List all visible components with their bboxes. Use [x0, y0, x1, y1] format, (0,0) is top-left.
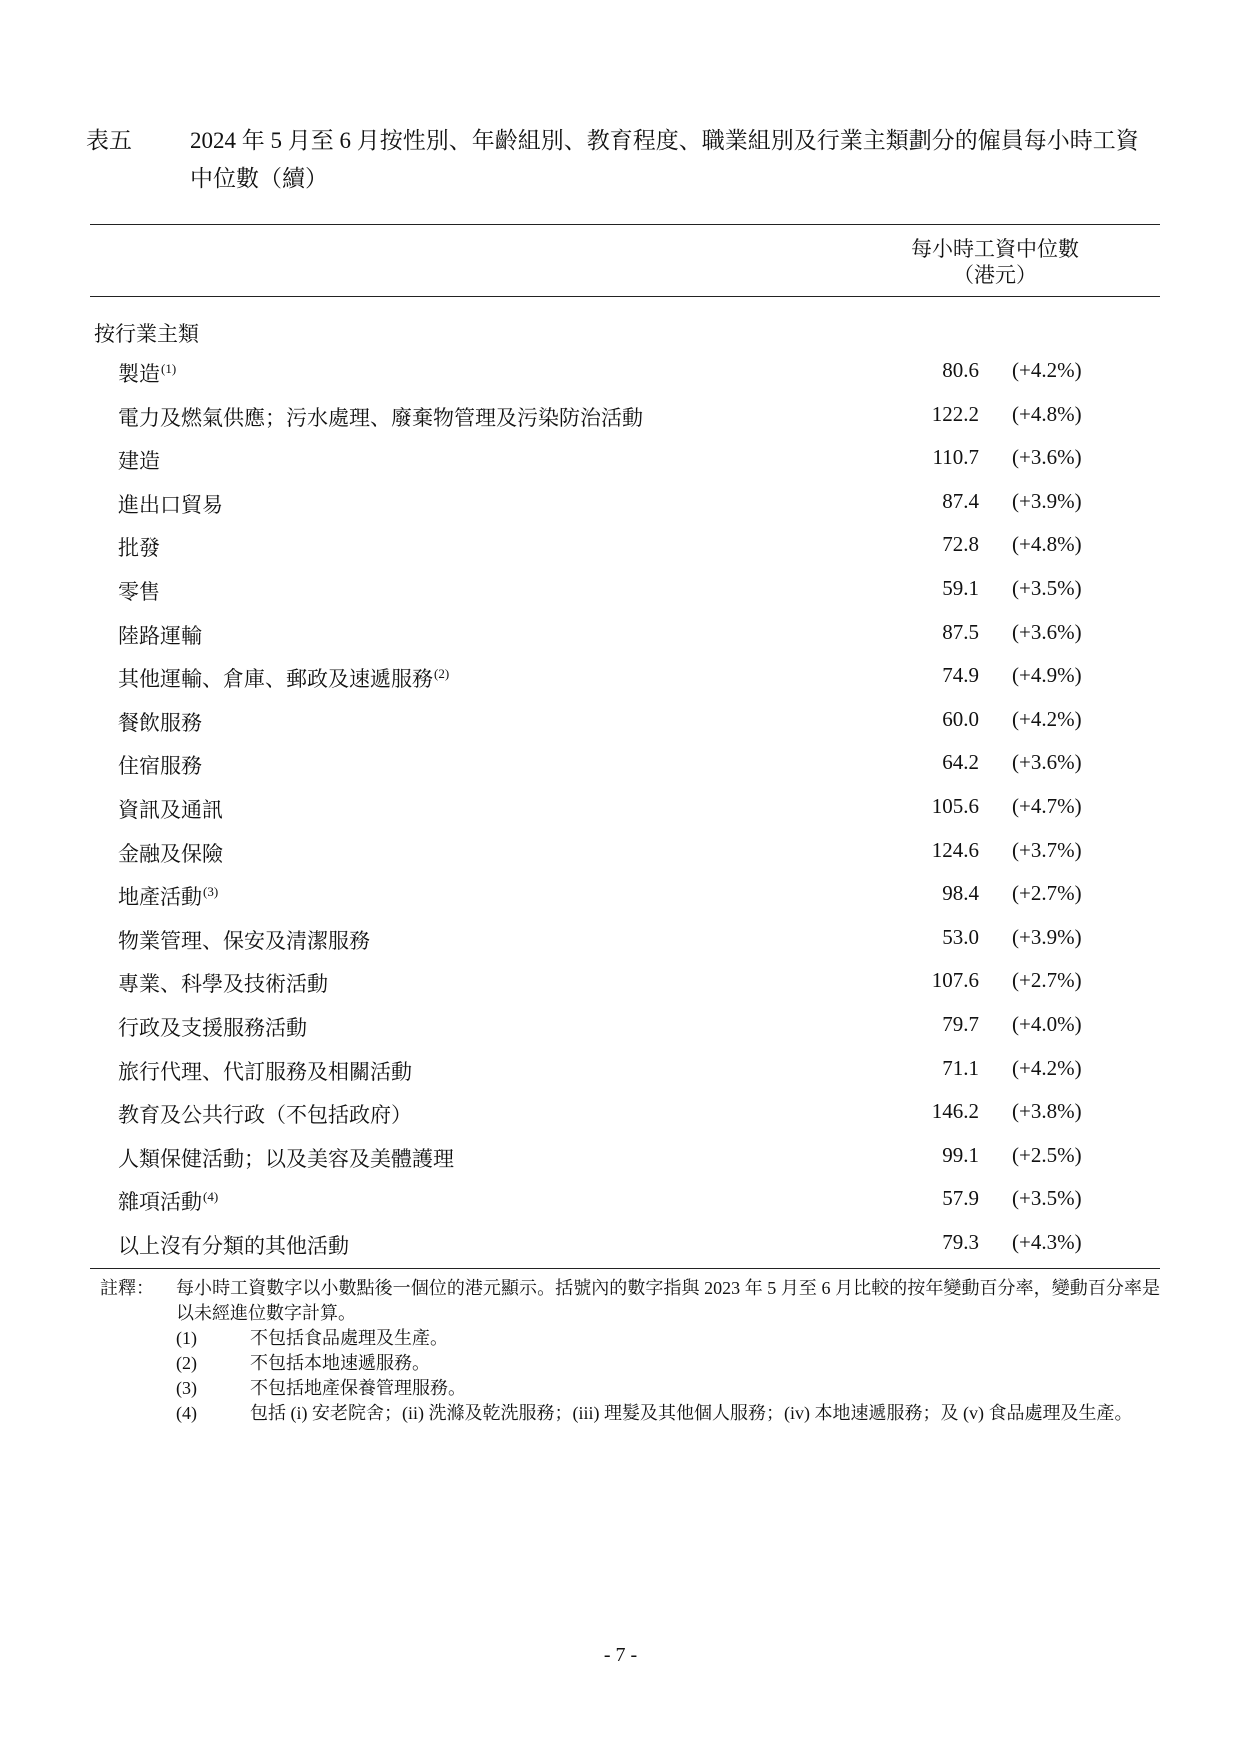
industry-label: 金融及保險: [118, 838, 223, 868]
column-header: 每小時工資中位數 （港元）: [880, 236, 1110, 288]
table-row: 行政及支援服務活動79.7(+4.0%): [0, 1012, 1241, 1042]
median-wage-value: 57.9: [942, 1186, 979, 1211]
footnote-marker: (1): [161, 361, 176, 376]
footnote-marker: (3): [203, 884, 218, 899]
industry-label: 陸路運輸: [118, 620, 202, 650]
table-row: 資訊及通訊105.6(+4.7%): [0, 794, 1241, 824]
yoy-change: (+3.7%): [1012, 838, 1082, 863]
median-wage-value: 72.8: [942, 532, 979, 557]
industry-name: 進出口貿易: [118, 493, 223, 517]
yoy-change: (+3.5%): [1012, 576, 1082, 601]
table-row: 進出口貿易87.4(+3.9%): [0, 489, 1241, 519]
median-wage-value: 107.6: [932, 968, 979, 993]
industry-name: 教育及公共行政（不包括政府）: [118, 1103, 412, 1127]
industry-label: 製造(1): [118, 358, 176, 388]
yoy-change: (+3.6%): [1012, 620, 1082, 645]
table-row: 雜項活動(4)57.9(+3.5%): [0, 1186, 1241, 1216]
notes-heading: 註釋：: [100, 1276, 154, 1301]
table-row: 人類保健活動；以及美容及美體護理99.1(+2.5%): [0, 1143, 1241, 1173]
table-row: 以上沒有分類的其他活動79.3(+4.3%): [0, 1230, 1241, 1260]
industry-label: 餐飲服務: [118, 707, 202, 737]
table-title-text: 2024 年 5 月至 6 月按性別、年齡組別、教育程度、職業組別及行業主類劃分…: [190, 122, 1160, 198]
median-wage-value: 53.0: [942, 925, 979, 950]
column-header-line1: 每小時工資中位數: [880, 236, 1110, 262]
yoy-change: (+3.8%): [1012, 1099, 1082, 1124]
table-row: 電力及燃氣供應；污水處理、廢棄物管理及污染防治活動122.2(+4.8%): [0, 402, 1241, 432]
industry-name: 建造: [118, 449, 160, 473]
industry-label: 旅行代理、代訂服務及相關活動: [118, 1056, 412, 1086]
table-row: 餐飲服務60.0(+4.2%): [0, 707, 1241, 737]
table-row: 地產活動(3)98.4(+2.7%): [0, 881, 1241, 911]
median-wage-value: 79.7: [942, 1012, 979, 1037]
yoy-change: (+4.8%): [1012, 532, 1082, 557]
industry-name: 雜項活動: [118, 1190, 202, 1214]
median-wage-value: 87.5: [942, 620, 979, 645]
table-row: 零售59.1(+3.5%): [0, 576, 1241, 606]
note-number: (4): [176, 1401, 197, 1426]
industry-name: 其他運輸、倉庫、郵政及速遞服務: [118, 667, 433, 691]
industry-name: 地產活動: [118, 885, 202, 909]
yoy-change: (+4.0%): [1012, 1012, 1082, 1037]
footnote-marker: (2): [434, 666, 449, 681]
footnote-marker: (4): [203, 1189, 218, 1204]
industry-name: 住宿服務: [118, 754, 202, 778]
yoy-change: (+4.9%): [1012, 663, 1082, 688]
industry-label: 地產活動(3): [118, 881, 218, 911]
table-row: 製造(1)80.6(+4.2%): [0, 358, 1241, 388]
industry-label: 進出口貿易: [118, 489, 223, 519]
note-number: (1): [176, 1326, 197, 1351]
industry-label: 零售: [118, 576, 160, 606]
yoy-change: (+2.7%): [1012, 881, 1082, 906]
median-wage-value: 87.4: [942, 489, 979, 514]
median-wage-value: 105.6: [932, 794, 979, 819]
yoy-change: (+3.9%): [1012, 925, 1082, 950]
industry-name: 零售: [118, 580, 160, 604]
industry-name: 物業管理、保安及清潔服務: [118, 929, 370, 953]
industry-name: 專業、科學及技術活動: [118, 972, 328, 996]
median-wage-value: 71.1: [942, 1056, 979, 1081]
table-number: 表五: [86, 122, 132, 160]
yoy-change: (+4.7%): [1012, 794, 1082, 819]
yoy-change: (+2.5%): [1012, 1143, 1082, 1168]
median-wage-value: 110.7: [933, 445, 979, 470]
yoy-change: (+4.2%): [1012, 1056, 1082, 1081]
median-wage-value: 64.2: [942, 750, 979, 775]
industry-label: 雜項活動(4): [118, 1186, 218, 1216]
industry-name: 旅行代理、代訂服務及相關活動: [118, 1060, 412, 1084]
industry-label: 物業管理、保安及清潔服務: [118, 925, 370, 955]
table-row: 住宿服務64.2(+3.6%): [0, 750, 1241, 780]
industry-label: 教育及公共行政（不包括政府）: [118, 1099, 412, 1129]
industry-name: 金融及保險: [118, 842, 223, 866]
table-row: 建造110.7(+3.6%): [0, 445, 1241, 475]
industry-name: 人類保健活動；以及美容及美體護理: [118, 1147, 454, 1171]
table-row: 專業、科學及技術活動107.6(+2.7%): [0, 968, 1241, 998]
table-row: 物業管理、保安及清潔服務53.0(+3.9%): [0, 925, 1241, 955]
table-row: 其他運輸、倉庫、郵政及速遞服務(2)74.9(+4.9%): [0, 663, 1241, 693]
column-header-line2: （港元）: [880, 262, 1110, 288]
note-text: 不包括本地速遞服務。: [250, 1351, 1160, 1376]
bottom-rule: [90, 1268, 1160, 1269]
yoy-change: (+4.2%): [1012, 358, 1082, 383]
median-wage-value: 122.2: [932, 402, 979, 427]
top-rule: [90, 224, 1160, 225]
industry-name: 行政及支援服務活動: [118, 1016, 307, 1040]
median-wage-value: 99.1: [942, 1143, 979, 1168]
industry-name: 餐飲服務: [118, 711, 202, 735]
industry-name: 電力及燃氣供應；污水處理、廢棄物管理及污染防治活動: [118, 406, 643, 430]
industry-name: 陸路運輸: [118, 624, 202, 648]
median-wage-value: 146.2: [932, 1099, 979, 1124]
notes-main-text: 每小時工資數字以小數點後一個位的港元顯示。括號內的數字指與 2023 年 5 月…: [176, 1276, 1160, 1326]
industry-label: 行政及支援服務活動: [118, 1012, 307, 1042]
industry-name: 製造: [118, 362, 160, 386]
industry-label: 專業、科學及技術活動: [118, 968, 328, 998]
yoy-change: (+4.3%): [1012, 1230, 1082, 1255]
yoy-change: (+3.6%): [1012, 445, 1082, 470]
table-row: 旅行代理、代訂服務及相關活動71.1(+4.2%): [0, 1056, 1241, 1086]
industry-label: 人類保健活動；以及美容及美體護理: [118, 1143, 454, 1173]
yoy-change: (+2.7%): [1012, 968, 1082, 993]
note-number: (3): [176, 1376, 197, 1401]
industry-name: 資訊及通訊: [118, 798, 223, 822]
page-number: - 7 -: [0, 1644, 1241, 1667]
note-number: (2): [176, 1351, 197, 1376]
median-wage-value: 60.0: [942, 707, 979, 732]
header-rule: [90, 296, 1160, 297]
note-text: 不包括地產保養管理服務。: [250, 1376, 1160, 1401]
table-row: 金融及保險124.6(+3.7%): [0, 838, 1241, 868]
industry-label: 住宿服務: [118, 750, 202, 780]
industry-label: 建造: [118, 445, 160, 475]
industry-label: 電力及燃氣供應；污水處理、廢棄物管理及污染防治活動: [118, 402, 643, 432]
yoy-change: (+4.2%): [1012, 707, 1082, 732]
table-row: 陸路運輸87.5(+3.6%): [0, 620, 1241, 650]
industry-name: 以上沒有分類的其他活動: [118, 1234, 349, 1258]
section-label: 按行業主類: [94, 318, 199, 348]
industry-label: 以上沒有分類的其他活動: [118, 1230, 349, 1260]
median-wage-value: 74.9: [942, 663, 979, 688]
note-text: 包括 (i) 安老院舍；(ii) 洗滌及乾洗服務；(iii) 理髮及其他個人服務…: [250, 1401, 1160, 1426]
industry-label: 資訊及通訊: [118, 794, 223, 824]
yoy-change: (+3.6%): [1012, 750, 1082, 775]
industry-label: 批發: [118, 532, 160, 562]
note-text: 不包括食品處理及生產。: [250, 1326, 1160, 1351]
median-wage-value: 59.1: [942, 576, 979, 601]
yoy-change: (+3.9%): [1012, 489, 1082, 514]
yoy-change: (+4.8%): [1012, 402, 1082, 427]
yoy-change: (+3.5%): [1012, 1186, 1082, 1211]
table-row: 批發72.8(+4.8%): [0, 532, 1241, 562]
median-wage-value: 79.3: [942, 1230, 979, 1255]
median-wage-value: 124.6: [932, 838, 979, 863]
industry-name: 批發: [118, 536, 160, 560]
median-wage-value: 80.6: [942, 358, 979, 383]
table-row: 教育及公共行政（不包括政府）146.2(+3.8%): [0, 1099, 1241, 1129]
industry-label: 其他運輸、倉庫、郵政及速遞服務(2): [118, 663, 449, 693]
median-wage-value: 98.4: [942, 881, 979, 906]
